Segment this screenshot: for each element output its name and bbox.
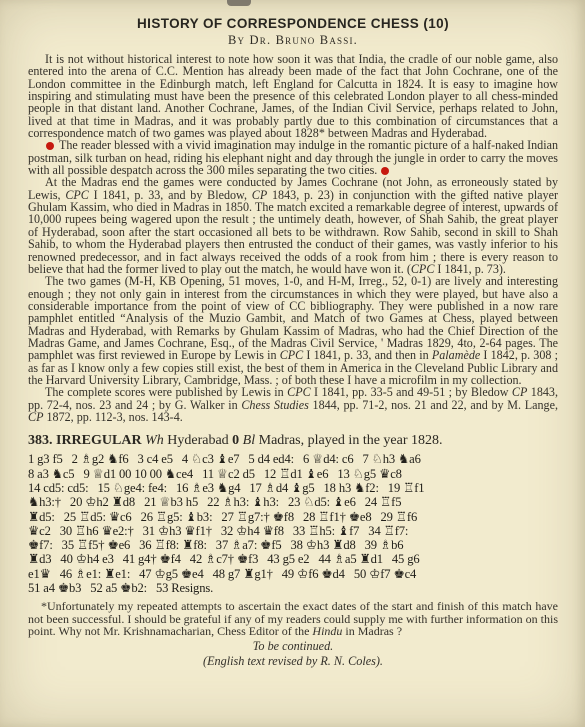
moves-line: 8 a3 ♞c5 9 ♕d1 00 10 00 ♞ce4 11 ♕c2 d5 1… [28,467,558,481]
moves-line: ♚f7: 35 ♖f5† ♚e6 36 ♖f8: ♜f8: 37 ♗a7: ♚f… [28,538,558,552]
moves-line: ♜d3 40 ♔h4 e3 41 g4† ♚f4 42 ♗c7† ♚f3 43 … [28,552,558,566]
text-segment: 1844, pp. 71-2, nos. 21 and 22, and by M… [309,398,558,412]
moves-line: ♞h3:† 20 ♔h2 ♜d8 21 ♕b3 h5 22 ♗h3: ♝h3: … [28,495,558,509]
moves-line: ♜d5: 25 ♖d5: ♛c6 26 ♖g5: ♝b3: 27 ♖g7:† ♚… [28,510,558,524]
journal-page: HISTORY OF CORRESPONDENCE CHESS (10) By … [0,0,585,727]
paragraph-5: The complete scores were published by Le… [28,386,558,423]
byline: By Dr. Bruno Bassi. [28,34,558,47]
moves-line: 1 g3 f5 2 ♗g2 ♞f6 3 c4 e5 4 ♘c3 ♝e7 5 d4… [28,452,558,466]
article-body: It is not without historical interest to… [28,53,558,423]
closing-line-revision-credit: (English text revised by R. N. Coles). [28,655,558,669]
text-segment: *Unfortunately my repeated attempts to a… [28,599,558,638]
text-segment: 383. [28,433,53,448]
moves-line: 14 cd5: cd5: 15 ♘ge4: fe4: 16 ♗e3 ♞g4 17… [28,481,558,495]
top-edge-notch [227,0,251,6]
moves-line: e1♛ 46 ♗e1: ♜e1: 47 ♔g5 ♚e4 48 g7 ♜g1† 4… [28,567,558,581]
paragraph-2: The reader blessed with a vivid imaginat… [28,139,558,176]
text-segment: Wh [145,433,164,448]
text-segment: Hyderabad [164,433,232,448]
text-segment: in Madras ? [342,624,402,638]
paragraph-4: The two games (M-H, KB Opening, 51 moves… [28,275,558,386]
paragraph-3: At the Madras end the games were conduct… [28,176,558,275]
text-segment: 1872, pp. 112-3, nos. 143-4. [43,410,182,424]
closing-line-continued: To be continued. [28,640,558,654]
text-segment: IRREGULAR [56,433,142,448]
text-segment: It is not without historical interest to… [28,52,558,140]
red-annotation-dot [46,142,54,150]
red-annotation-dot [381,167,389,175]
text-segment: Hindu [312,624,342,638]
text-segment: CP [28,410,43,424]
text-segment: Chess Studies [241,398,309,412]
page-content: HISTORY OF CORRESPONDENCE CHESS (10) By … [0,0,585,669]
paragraph-1: It is not without historical interest to… [28,53,558,139]
moves-line: ♛c2 30 ♖h6 ♛e2:† 31 ♔h3 ♛f1† 32 ♔h4 ♛f8 … [28,524,558,538]
text-segment: The reader blessed with a vivid imaginat… [28,138,558,177]
game-score-header: 383. IRREGULAR Wh Hyderabad 0 Bl Madras,… [28,432,558,449]
moves-line: 51 a4 ♚b3 52 a5 ♚b2: 53 Resigns. [28,581,558,595]
text-segment: Bl [243,433,255,448]
text-segment: Madras, played in the year 1828. [255,433,442,448]
footnote: *Unfortunately my repeated attempts to a… [28,600,558,638]
moves-block: 1 g3 f5 2 ♗g2 ♞f6 3 c4 e5 4 ♘c3 ♝e7 5 d4… [28,452,558,595]
page-title: HISTORY OF CORRESPONDENCE CHESS (10) [28,16,558,32]
